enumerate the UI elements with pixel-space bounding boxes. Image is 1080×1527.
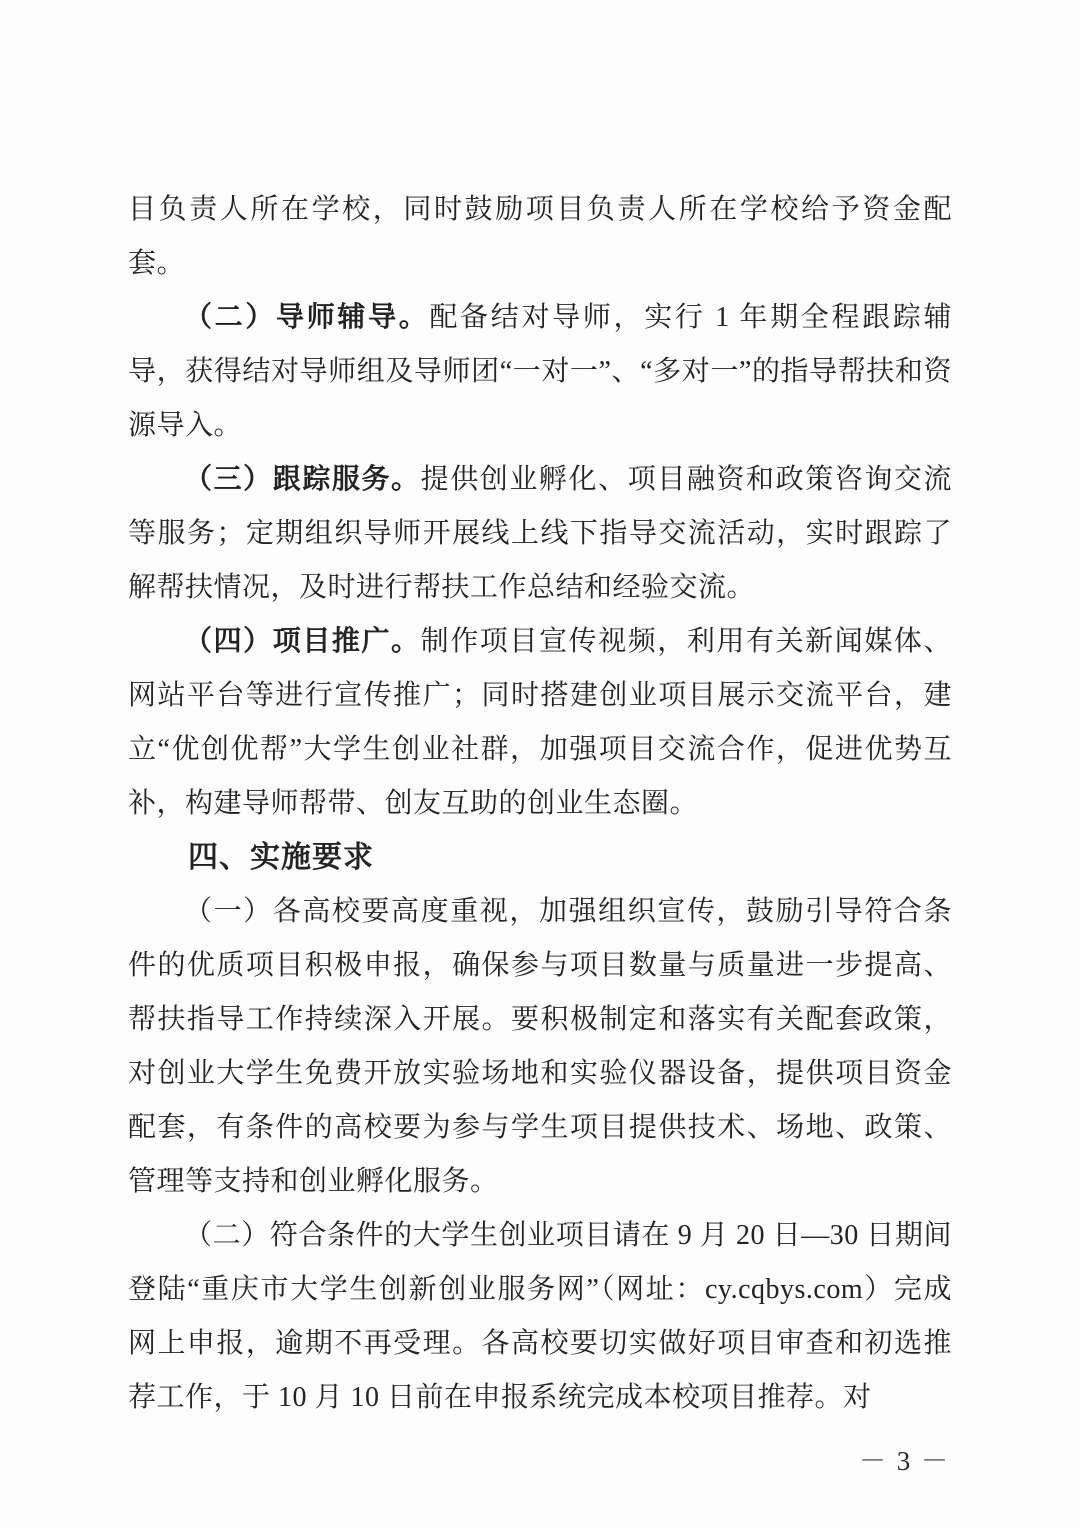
paragraph-lead: （三）跟踪服务。 xyxy=(184,464,421,495)
paragraph-text: 四、实施要求 xyxy=(188,841,374,874)
paragraph: 目负责人所在学校，同时鼓励项目负责人所在学校给予资金配套。 xyxy=(128,183,952,291)
paragraph-lead: （四）项目推广。 xyxy=(184,626,421,657)
document-body: 目负责人所在学校，同时鼓励项目负责人所在学校给予资金配套。（二）导师辅导。配备结… xyxy=(0,0,1080,1425)
paragraph: （二）导师辅导。配备结对导师，实行 1 年期全程跟踪辅导，获得结对导师组及导师团… xyxy=(128,291,952,453)
page-number: － 3 － xyxy=(0,1439,950,1478)
section-heading: 四、实施要求 xyxy=(128,831,952,885)
paragraph-text: （一）各高校要高度重视，加强组织宣传，鼓励引导符合条件的优质项目积极申报，确保参… xyxy=(128,896,952,1197)
paragraph: （一）各高校要高度重视，加强组织宣传，鼓励引导符合条件的优质项目积极申报，确保参… xyxy=(128,885,952,1209)
paragraph: （三）跟踪服务。提供创业孵化、项目融资和政策咨询交流等服务；定期组织导师开展线上… xyxy=(128,453,952,615)
paragraph-lead: （二）导师辅导。 xyxy=(184,302,429,333)
paragraph-text: 目负责人所在学校，同时鼓励项目负责人所在学校给予资金配套。 xyxy=(128,194,952,279)
paragraph-text: （二）符合条件的大学生创业项目请在 9 月 20 日—30 日期间登陆“重庆市大… xyxy=(128,1220,952,1413)
paragraph: （二）符合条件的大学生创业项目请在 9 月 20 日—30 日期间登陆“重庆市大… xyxy=(128,1209,952,1425)
paragraph: （四）项目推广。制作项目宣传视频，利用有关新闻媒体、网站平台等进行宣传推广；同时… xyxy=(128,615,952,831)
document-page: 目负责人所在学校，同时鼓励项目负责人所在学校给予资金配套。（二）导师辅导。配备结… xyxy=(0,0,1080,1527)
